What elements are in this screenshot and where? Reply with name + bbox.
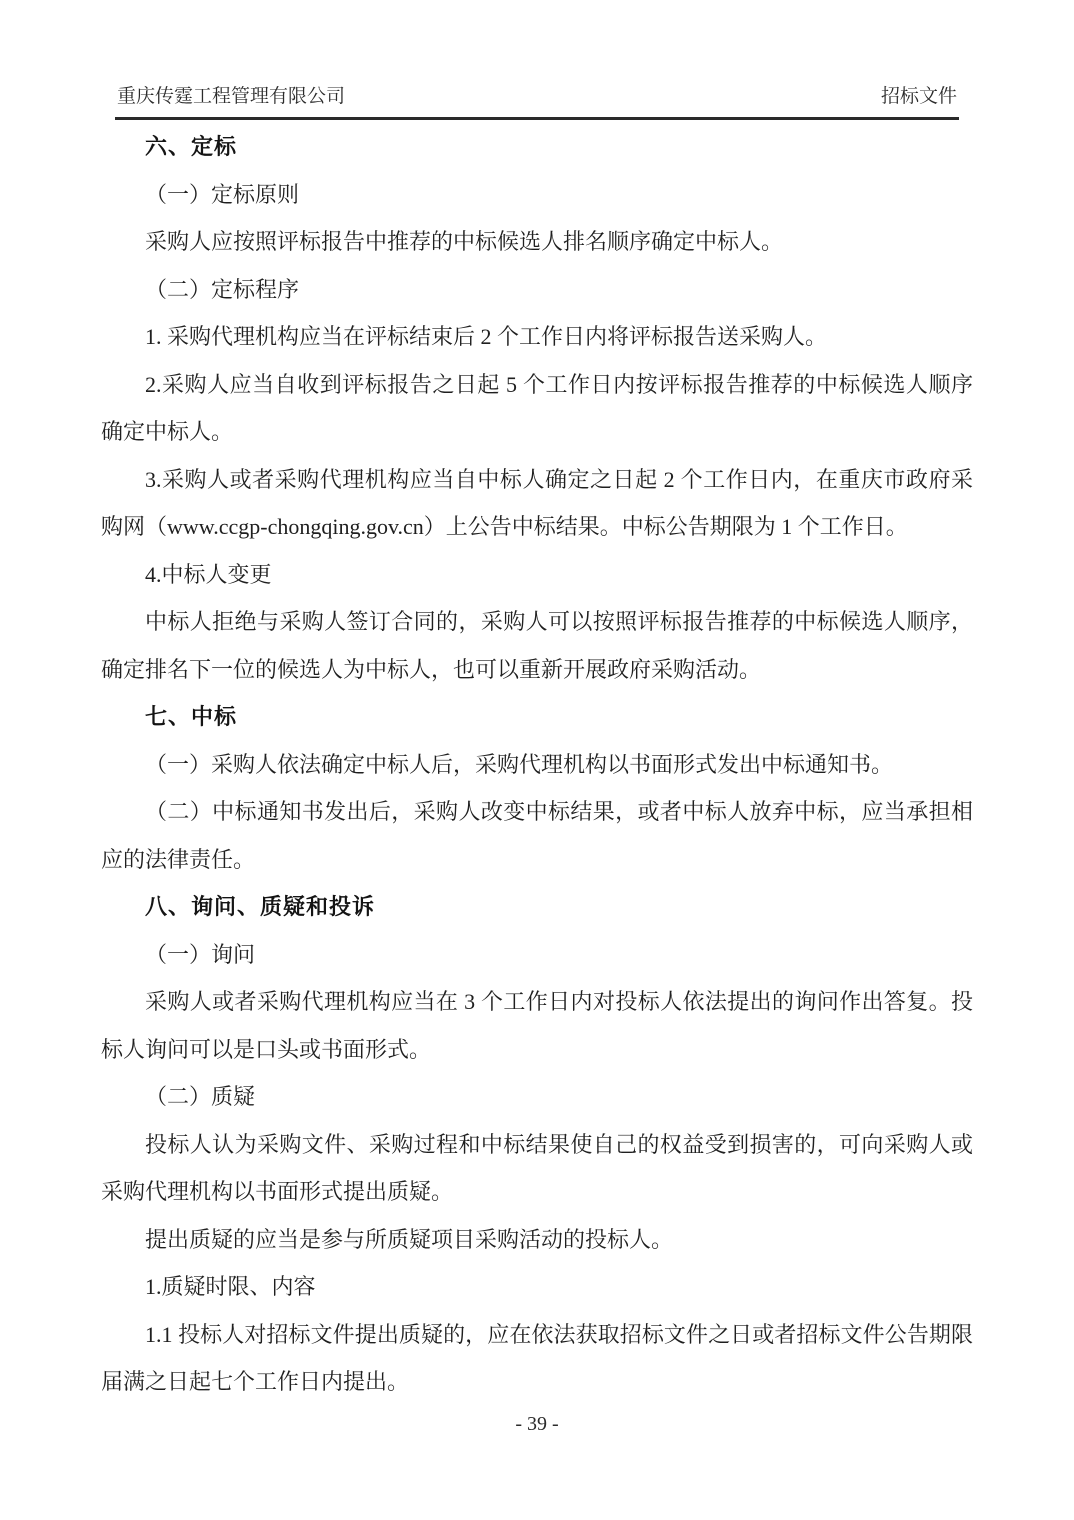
- paragraph-item-zhiyi-1: 1.质疑时限、内容: [101, 1263, 973, 1311]
- paragraph-dingbiao-procedure: （二）定标程序: [101, 266, 973, 314]
- paragraph-item-4: 4.中标人变更: [101, 551, 973, 599]
- section-heading-xunwen-zhiyi: 八、询问、质疑和投诉: [101, 883, 973, 931]
- document-page: 重庆传霆工程管理有限公司 招标文件 六、定标 （一）定标原则 采购人应按照评标报…: [0, 0, 1074, 1520]
- paragraph: 采购人或者采购代理机构应当在 3 个工作日内对投标人依法提出的询问作出答复。投标…: [101, 978, 973, 1073]
- paragraph: 采购人应按照评标报告中推荐的中标候选人排名顺序确定中标人。: [101, 218, 973, 266]
- paragraph-item-2: 2.采购人应当自收到评标报告之日起 5 个工作日内按评标报告推荐的中标候选人顺序…: [101, 361, 973, 456]
- header-doc-type: 招标文件: [881, 86, 957, 108]
- paragraph-item-1: 1. 采购代理机构应当在评标结束后 2 个工作日内将评标报告送采购人。: [101, 313, 973, 361]
- page-header: 重庆传霆工程管理有限公司 招标文件: [115, 0, 959, 120]
- paragraph-dingbiao-principle: （一）定标原则: [101, 171, 973, 219]
- paragraph: 中标人拒绝与采购人签订合同的，采购人可以按照评标报告推荐的中标候选人顺序，确定排…: [101, 598, 973, 693]
- paragraph-zhiyi: （二）质疑: [101, 1073, 973, 1121]
- paragraph: 提出质疑的应当是参与所质疑项目采购活动的投标人。: [101, 1216, 973, 1264]
- paragraph: 投标人认为采购文件、采购过程和中标结果使自己的权益受到损害的，可向采购人或采购代…: [101, 1121, 973, 1216]
- paragraph-item-zhiyi-1-1: 1.1 投标人对招标文件提出质疑的，应在依法获取招标文件之日或者招标文件公告期限…: [101, 1311, 973, 1406]
- document-body: 六、定标 （一）定标原则 采购人应按照评标报告中推荐的中标候选人排名顺序确定中标…: [101, 120, 973, 1406]
- paragraph-item-3: 3.采购人或者采购代理机构应当自中标人确定之日起 2 个工作日内，在重庆市政府采…: [101, 456, 973, 551]
- paragraph: （二）中标通知书发出后，采购人改变中标结果，或者中标人放弃中标，应当承担相应的法…: [101, 788, 973, 883]
- paragraph: （一）采购人依法确定中标人后，采购代理机构以书面形式发出中标通知书。: [101, 741, 973, 789]
- page-footer: - 39 -: [0, 1413, 1074, 1436]
- paragraph-xunwen: （一）询问: [101, 931, 973, 979]
- page-number: - 39 -: [515, 1413, 558, 1435]
- header-company-name: 重庆传霆工程管理有限公司: [117, 86, 345, 108]
- section-heading-zhongbiao: 七、中标: [101, 693, 973, 741]
- section-heading-dingbiao: 六、定标: [101, 123, 973, 171]
